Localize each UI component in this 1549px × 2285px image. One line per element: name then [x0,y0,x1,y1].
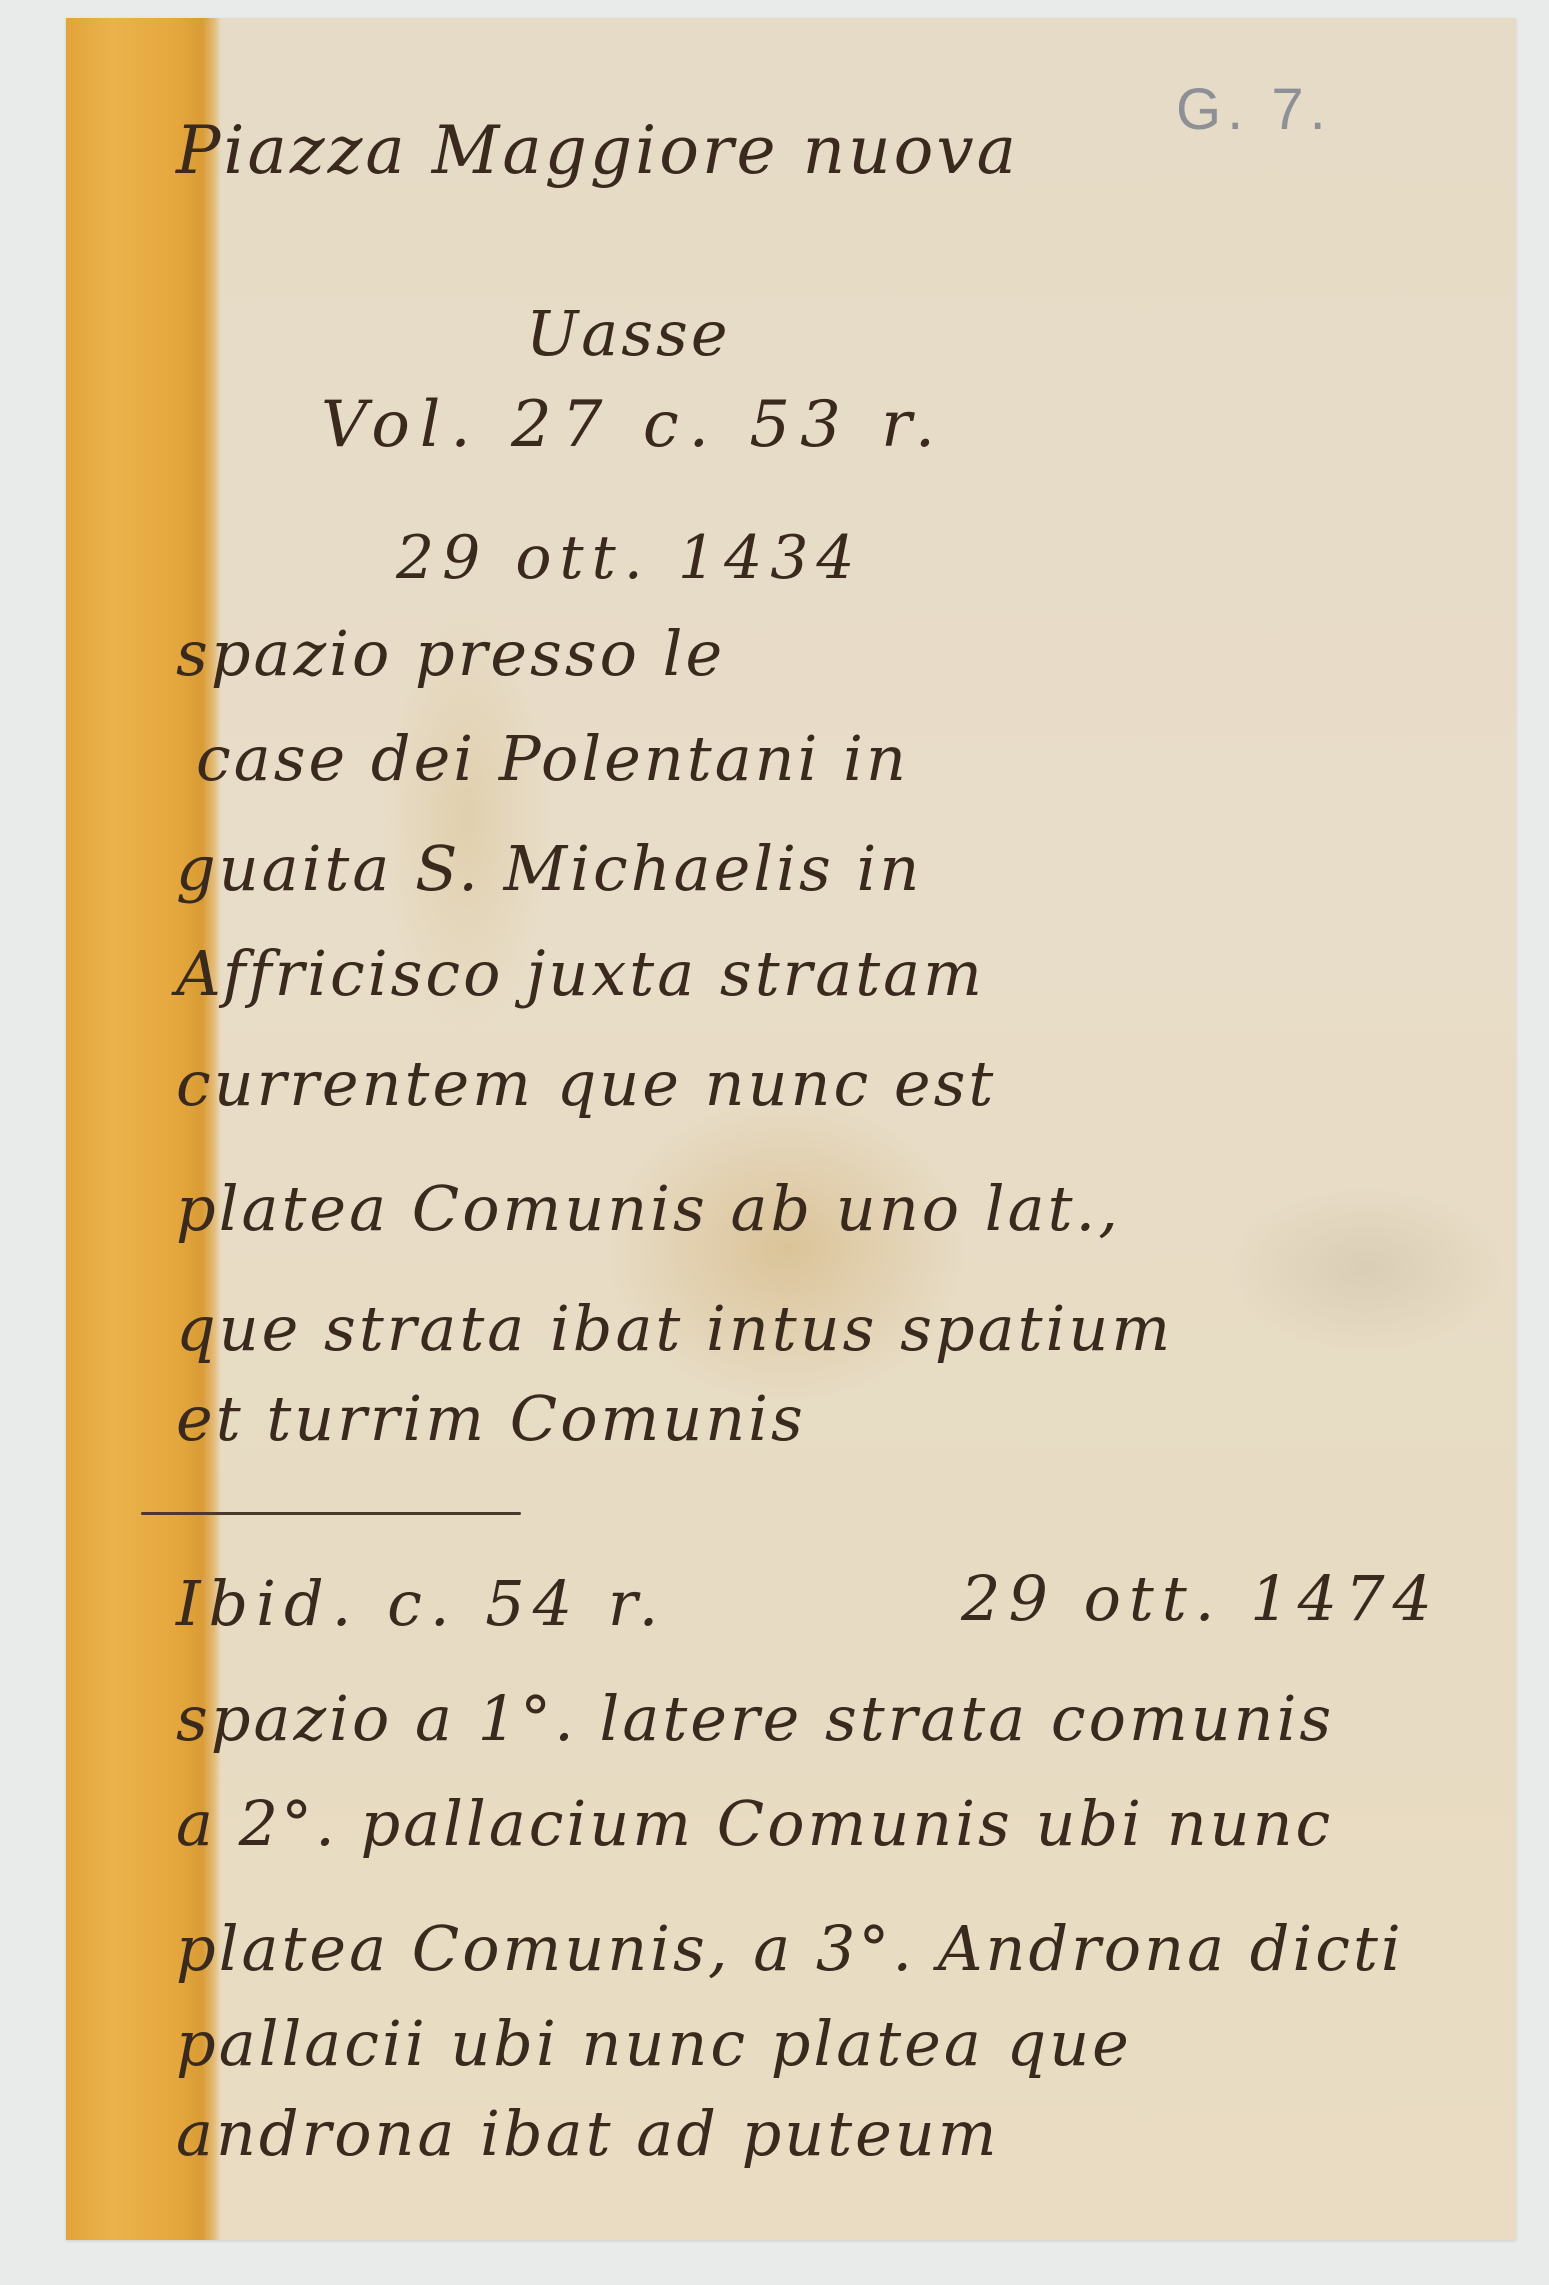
catalog-mark: G. 7. [1176,76,1332,143]
text-line: platea Comunis, a 3°. Androna dicti [176,1918,1404,1980]
text-line: et turrim Comunis [176,1388,806,1450]
entry-date: 29 ott. 1434 [396,528,863,588]
second-entry-date: 29 ott. 1474 [961,1568,1440,1630]
text-line: platea Comunis ab uno lat., [176,1178,1121,1240]
text-line: Affricisco juxta stratam [176,943,985,1005]
text-line: currentem que nunc est [176,1053,996,1115]
text-line: pallacii ubi nunc platea que [176,2013,1132,2075]
yellow-margin-stain [66,18,221,2240]
text-line: a 2°. pallacium Comunis ubi nunc [176,1793,1333,1855]
ibid-reference: Ibid. c. 54 r. [176,1573,666,1635]
manuscript-page: G. 7. Piazza Maggiore nuova Uasse Vol. 2… [66,18,1516,2240]
volume-reference: Vol. 27 c. 53 r. [321,393,945,457]
text-line: case dei Polentani in [196,728,909,790]
page-title: Piazza Maggiore nuova [176,118,1019,184]
text-line: spazio presso le [176,623,725,685]
text-line: guaita S. Michaelis in [176,838,922,900]
text-line: androna ibat ad puteum [176,2103,1000,2165]
text-line: que strata ibat intus spatium [176,1298,1173,1360]
archive-series: Uasse [526,303,731,365]
text-line: spazio a 1°. latere strata comunis [176,1688,1334,1750]
section-divider [141,1512,521,1515]
